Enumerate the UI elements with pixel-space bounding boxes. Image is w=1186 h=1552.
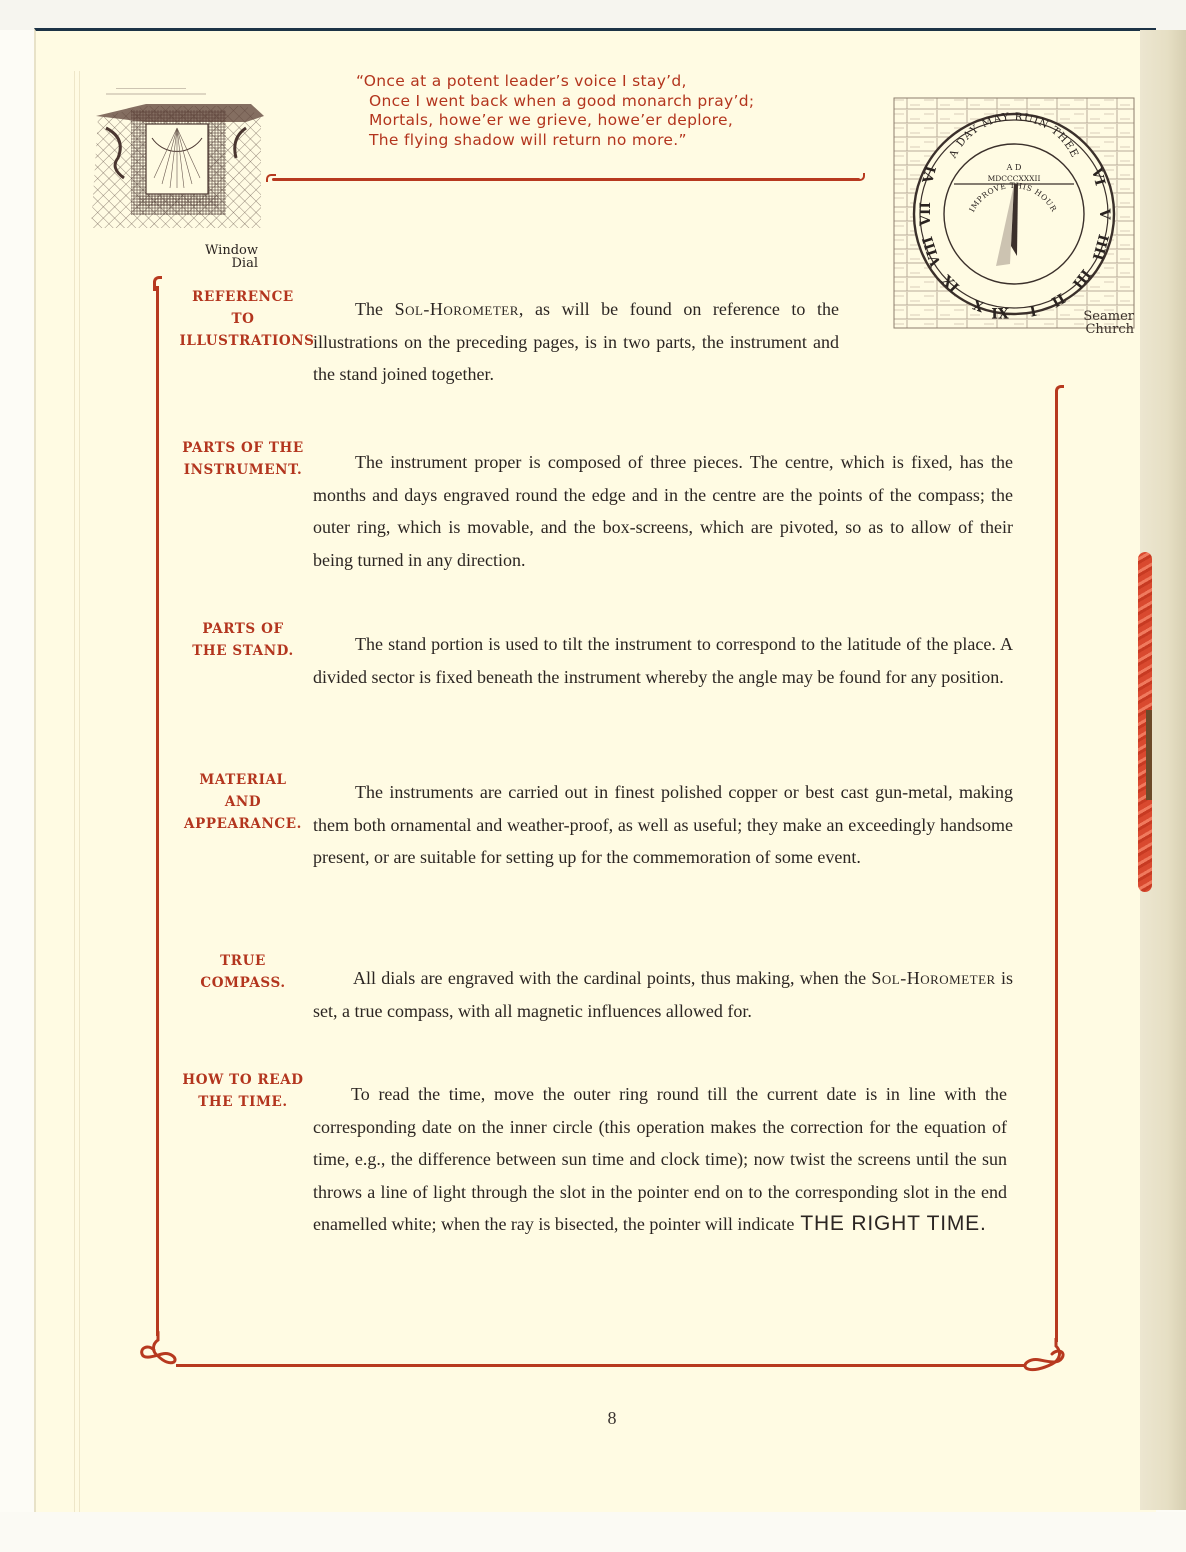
page-number: 8 bbox=[600, 1408, 624, 1429]
section-text-material: The instruments are carried out in fines… bbox=[313, 776, 1013, 874]
sundial-face-icon: A DAY MAY RUIN THEE A D MDCCCXXXII IMPRO… bbox=[892, 96, 1137, 332]
svg-text:A D: A D bbox=[1006, 163, 1022, 172]
paragraph: The instrument proper is composed of thr… bbox=[313, 446, 1013, 576]
heading-line: THE STAND. bbox=[168, 640, 318, 662]
flourish-bottom-left-icon bbox=[134, 1330, 182, 1378]
window-dial-icon bbox=[86, 88, 266, 238]
frame-bottom-rule bbox=[176, 1364, 1024, 1367]
quote-line: Once I went back when a good monarch pra… bbox=[356, 92, 876, 112]
side-heading-parts-of-instrument: PARTS OF THE INSTRUMENT. bbox=[168, 437, 318, 481]
flourish-bottom-right-icon bbox=[1020, 1338, 1068, 1384]
section-text-true-compass: All dials are engraved with the cardinal… bbox=[313, 962, 1013, 1027]
window-dial-illustration bbox=[86, 88, 266, 238]
text-run: All dials are engraved with the cardinal… bbox=[353, 968, 871, 988]
quote-underline-rule bbox=[272, 178, 860, 181]
heading-line: PARTS OF bbox=[168, 618, 318, 640]
heading-line: TRUE bbox=[168, 950, 318, 972]
quote-line: Mortals, howe’er we grieve, howe’er depl… bbox=[356, 111, 876, 131]
paragraph: The stand portion is used to tilt the in… bbox=[313, 628, 1013, 693]
emphasis-right-time: THE RIGHT TIME. bbox=[800, 1212, 986, 1235]
paragraph: The instruments are carried out in fines… bbox=[313, 776, 1013, 874]
frame-right-rule bbox=[1055, 394, 1058, 1342]
window-dial-caption: Window Dial bbox=[196, 244, 258, 270]
side-heading-true-compass: TRUE COMPASS. bbox=[168, 950, 318, 994]
side-heading-reference: REFERENCE TO ILLUSTRATIONS bbox=[168, 286, 318, 352]
binding-clip bbox=[1146, 710, 1152, 800]
product-name: Sol-Horometer bbox=[395, 299, 519, 319]
quote-line: “Once at a potent leader’s voice I stay’… bbox=[356, 72, 876, 92]
heading-line: INSTRUMENT. bbox=[168, 459, 318, 481]
heading-line: AND bbox=[168, 791, 318, 813]
svg-text:VII: VII bbox=[918, 202, 934, 227]
side-heading-how-to-read: HOW TO READ THE TIME. bbox=[168, 1069, 318, 1113]
svg-text:V: V bbox=[1096, 208, 1112, 221]
text-run: The bbox=[355, 299, 395, 319]
heading-line: THE TIME. bbox=[168, 1091, 318, 1113]
quote-line: The flying shadow will return no more.” bbox=[356, 131, 876, 151]
heading-line: APPEARANCE. bbox=[168, 813, 318, 835]
epigraph-quote: “Once at a potent leader’s voice I stay’… bbox=[356, 72, 876, 150]
heading-line: COMPASS. bbox=[168, 972, 318, 994]
product-name: Sol-Horometer bbox=[871, 968, 995, 988]
heading-line: ILLUSTRATIONS bbox=[176, 330, 318, 352]
seamer-church-dial-illustration: A DAY MAY RUIN THEE A D MDCCCXXXII IMPRO… bbox=[892, 96, 1137, 332]
caption-line: Dial bbox=[196, 257, 258, 270]
heading-line: TO bbox=[168, 308, 318, 330]
side-heading-material: MATERIAL AND APPEARANCE. bbox=[168, 769, 318, 835]
section-text-reference: The Sol-Horometer, as will be found on r… bbox=[313, 293, 839, 391]
frame-left-rule bbox=[156, 286, 159, 1336]
heading-line: REFERENCE bbox=[168, 286, 318, 308]
seamer-church-caption: Seamer Church bbox=[1072, 310, 1134, 336]
paragraph: The Sol-Horometer, as will be found on r… bbox=[313, 293, 839, 391]
section-text-how-to-read: To read the time, move the outer ring ro… bbox=[313, 1078, 1007, 1241]
scan-background-top bbox=[0, 0, 1186, 30]
heading-line: MATERIAL bbox=[168, 769, 318, 791]
binding-edge-lines bbox=[74, 71, 80, 1531]
svg-text:XI: XI bbox=[991, 304, 1008, 320]
heading-line: HOW TO READ bbox=[168, 1069, 318, 1091]
caption-line: Church bbox=[1072, 323, 1134, 336]
paragraph: To read the time, move the outer ring ro… bbox=[313, 1078, 1007, 1241]
heading-line: PARTS OF THE bbox=[168, 437, 318, 459]
paragraph: All dials are engraved with the cardinal… bbox=[313, 962, 1013, 1027]
side-heading-parts-of-stand: PARTS OF THE STAND. bbox=[168, 618, 318, 662]
section-text-parts-of-instrument: The instrument proper is composed of thr… bbox=[313, 446, 1013, 576]
scan-background-bottom bbox=[0, 1512, 1186, 1552]
section-text-parts-of-stand: The stand portion is used to tilt the in… bbox=[313, 628, 1013, 693]
